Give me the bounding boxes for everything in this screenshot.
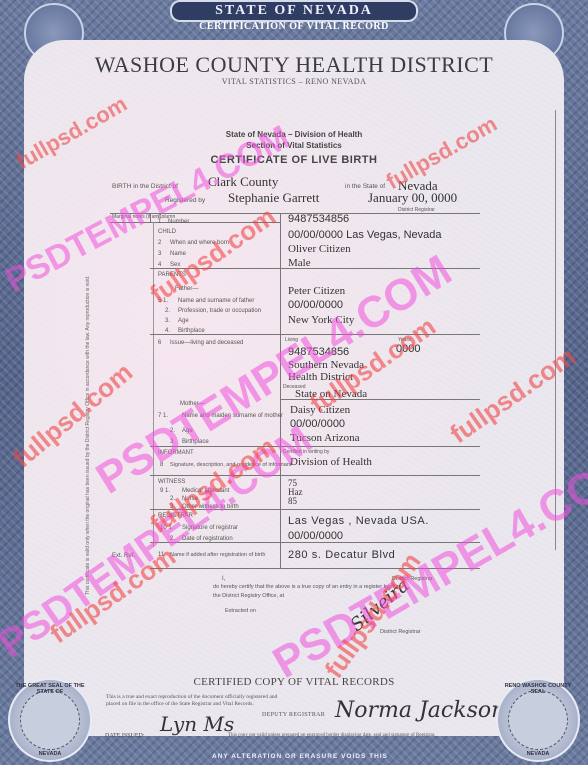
- father-name: Peter Citizen: [288, 285, 345, 297]
- statement-line2: placed on file in the office of the Stat…: [106, 701, 254, 707]
- row-number-6: 6: [158, 340, 161, 346]
- statement-line1: This is a true and exact reproduction of…: [106, 694, 277, 700]
- extracted-on-label: Extracted on: [225, 608, 256, 614]
- row-number-2: 2: [158, 240, 161, 246]
- child-sex: Male: [288, 257, 311, 269]
- deputy-registrar-signature: Norma Jackson: [335, 698, 505, 723]
- table-rule: [150, 268, 480, 269]
- nevada-state-seal: THE GREAT SEAL OF THE STATE OF NEVADA: [8, 678, 92, 762]
- registrar-num-1: 10 1.: [160, 525, 173, 531]
- witness-num-1: 9 1.: [160, 488, 170, 494]
- certification-banner: CERTIFICATION OF VITAL RECORD: [176, 19, 412, 34]
- name-after-label: Name if added after registration of birt…: [170, 552, 265, 558]
- seal-text-bottom: NEVADA: [10, 751, 90, 757]
- registration-date: January 00, 0000: [368, 190, 457, 206]
- seal-text-bottom: NEVADA: [498, 751, 578, 757]
- witness-label-1: Medical attendant: [182, 488, 229, 494]
- seal-emblem-icon: [508, 690, 568, 750]
- certify-prefix: I,: [222, 576, 225, 582]
- issue-line2: Southern Nevada: [288, 359, 364, 371]
- registrar-place: Las Vegas , Nevada USA.: [288, 515, 429, 527]
- marginal-notes-label: Marginal notes (if any): [112, 214, 161, 220]
- district-title: WASHOE COUNTY HEALTH DISTRICT: [0, 52, 588, 78]
- witness-num-3: 3.: [170, 504, 175, 510]
- issuer-signature: Lyn Ms: [160, 712, 234, 736]
- seal-emblem-icon: [20, 690, 80, 750]
- witness-num-2: 2.: [170, 496, 175, 502]
- mother-name-label: Name and maiden surname of mother: [182, 413, 283, 419]
- registered-by-label: Registered by: [165, 197, 205, 204]
- certify-text-line1: do hereby certify that the above is a tr…: [213, 584, 400, 590]
- section-witness: WITNESS: [158, 479, 185, 485]
- form-title: CERTIFICATE OF LIVE BIRTH: [0, 154, 588, 166]
- mother-heading: Mother—: [180, 401, 205, 407]
- mother-age-label: Age: [182, 428, 193, 434]
- informant-num: 8: [160, 462, 163, 468]
- registrar-num-2: 2.: [170, 536, 175, 542]
- registrar-label-1: Signature of registrar: [182, 525, 238, 531]
- issue-line4: State on Nevada: [295, 388, 367, 400]
- name-after-value: 280 s. Decatur Blvd: [288, 549, 395, 561]
- mother-birthplace-label: Birthplace: [182, 439, 209, 445]
- validity-note: This copy not valid unless prepared on e…: [228, 733, 435, 738]
- birth-date-place: 00/00/0000 Las Vegas, Nevada: [288, 229, 442, 241]
- father-birthplace: New York City: [288, 314, 354, 326]
- state-label: in the State of: [345, 183, 385, 190]
- deputy-registrar-label: DEPUTY REGISTRAR: [262, 712, 325, 718]
- table-rule: [150, 568, 480, 569]
- row-number-4: 4: [158, 262, 161, 268]
- certificate-number: 9487534856: [288, 213, 349, 225]
- living-value: 9487534856: [288, 346, 349, 358]
- birth-district-label: BIRTH in the District of: [112, 183, 178, 190]
- table-rule: [150, 334, 480, 335]
- district-registrar-sig-label: District Registrar: [380, 629, 421, 635]
- row-number-5-2: 2.: [165, 308, 170, 314]
- row-number-3: 3: [158, 251, 161, 257]
- section-child: CHILD: [158, 229, 176, 235]
- table-rule: [110, 222, 280, 223]
- row-label-birthplace: Birthplace: [178, 328, 205, 334]
- row-label-father-name: Name and surname of father: [178, 298, 254, 304]
- father-heading: Father—: [175, 286, 198, 292]
- row-number-5-3: 3.: [165, 318, 170, 324]
- row-label-number: Number: [168, 219, 189, 225]
- issue-line3: Health District: [288, 371, 353, 383]
- mother-age-num: 2.: [170, 428, 175, 434]
- form-heading-line2: Section of Vital Statistics: [0, 141, 588, 150]
- living-label: Living: [285, 337, 298, 343]
- alteration-warning: ANY ALTERATION OR ERASURE VOIDS THIS CER…: [195, 751, 405, 763]
- mother-birthplace-num: 3.: [170, 439, 175, 445]
- table-divider: [280, 213, 281, 568]
- row-label-name: Name: [170, 251, 186, 257]
- border-guideline: [555, 110, 556, 550]
- row-number-1: 1: [158, 219, 161, 225]
- seal-text-top: THE GREAT SEAL OF THE STATE OF: [10, 683, 90, 695]
- row-label-born: When and where born: [170, 240, 229, 246]
- father-profession: 00/00/0000: [288, 299, 343, 311]
- name-after-num: 11: [158, 552, 164, 558]
- ext-ref-label: Ext. Ref.: [112, 553, 135, 559]
- mother-age: 00/00/0000: [290, 418, 345, 430]
- table-rule: [150, 446, 480, 447]
- row-label-age: Age: [178, 318, 189, 324]
- left-margin-note: This certificate is valid only when the …: [85, 205, 91, 595]
- row-number-5-4: 4.: [165, 328, 170, 334]
- informant-value: Division of Health: [290, 456, 372, 468]
- birth-district-value: Clark County: [208, 174, 278, 190]
- years-value: 0000: [396, 343, 420, 355]
- row-label-sex: Sex: [170, 262, 180, 268]
- seal-text-top: RENO WASHOE COUNTY SEAL: [498, 683, 578, 695]
- table-rule: [150, 542, 480, 543]
- row-number-5: 5 1.: [158, 298, 168, 304]
- section-informant: INFORMANT: [158, 450, 194, 456]
- row-label-profession: Profession, trade or occupation: [178, 308, 261, 314]
- date-issued-label: DATE ISSUED:: [105, 733, 145, 739]
- certified-by-label: Certified in writing by: [283, 449, 329, 455]
- washoe-county-seal: RENO WASHOE COUNTY SEAL NEVADA: [496, 678, 580, 762]
- registrar-label-2: Date of registration: [182, 536, 233, 542]
- witness-value-3: 85: [288, 496, 297, 506]
- table-rule: [150, 475, 480, 476]
- form-heading-line1: State of Nevada – Division of Health: [0, 130, 588, 139]
- registration-date-value: 00/00/0000: [288, 530, 343, 542]
- table-divider: [153, 222, 154, 547]
- witness-label-2: Nurse: [182, 496, 198, 502]
- mother-name-num: 7 1.: [158, 413, 168, 419]
- mother-birthplace: Tucson Arizona: [290, 432, 360, 444]
- row-label-issue: Issue—living and deceased: [170, 340, 243, 346]
- section-registrar: REGISTRAR: [158, 513, 193, 519]
- child-name: Oliver Citizen: [288, 243, 351, 255]
- mother-name: Daisy Citizen: [290, 404, 350, 416]
- informant-label: Signature, description, and residence of…: [170, 462, 291, 468]
- certify-text-line2: the District Registry Office, at: [213, 593, 284, 599]
- district-subtitle: VITAL STATISTICS – RENO NEVADA: [0, 77, 588, 86]
- registered-by-value: Stephanie Garrett: [228, 190, 319, 206]
- witness-label-3: Other witness to birth: [182, 504, 239, 510]
- section-parents: PARENTS: [158, 272, 186, 278]
